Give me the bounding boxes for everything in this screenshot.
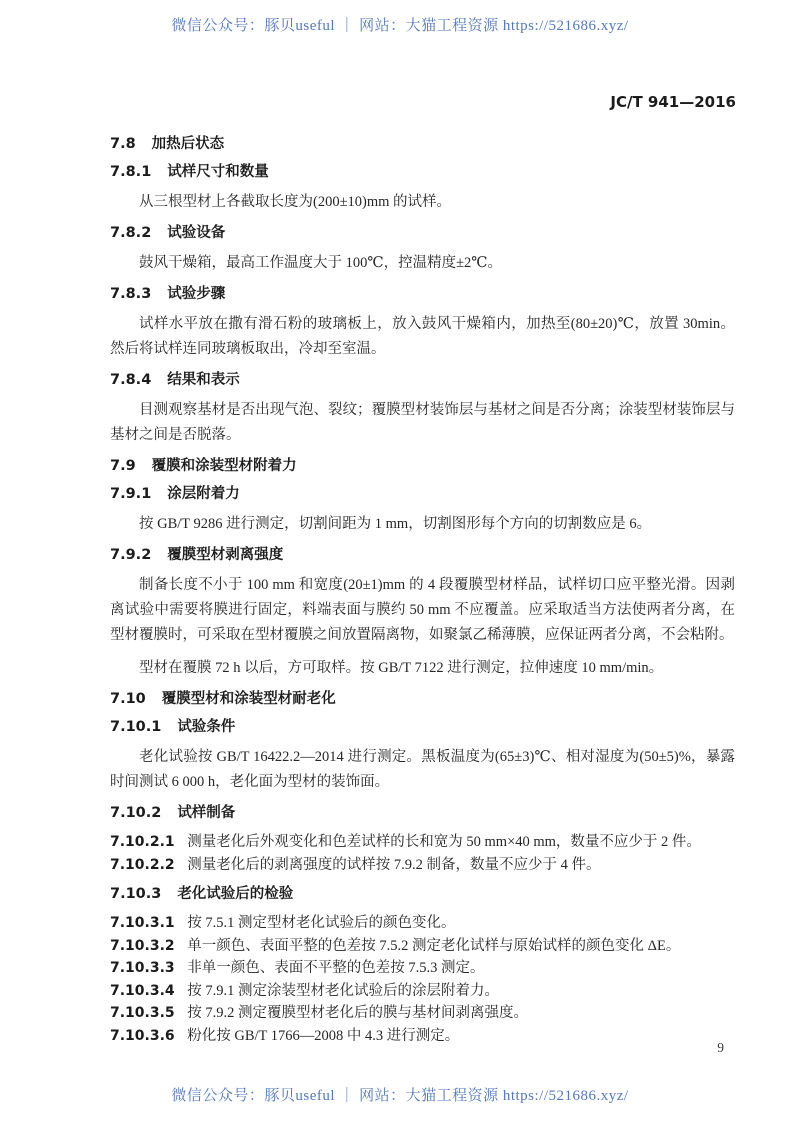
clause-number: 7.10.2.1 <box>110 834 175 850</box>
block-text: 粉化按 GB/T 1766—2008 中 4.3 进行测定。 <box>187 1028 459 1044</box>
clause-number: 7.8.3 <box>110 286 151 302</box>
paragraph-text: 型材在覆膜 72 h 以后，方可取样。按 GB/T 7122 进行测定，拉伸速度… <box>139 660 663 676</box>
clause-number: 7.8.4 <box>110 372 151 388</box>
clause-7-10-3-1: 7.10.3.1按 7.5.1 测定型材老化试验后的颜色变化。 <box>110 912 735 935</box>
block-text: 结果和表示 <box>167 372 240 388</box>
standard-code: JC/T 941—2016 <box>610 93 736 111</box>
paragraph-text: 制备长度不小于 100 mm 和宽度(20±1)mm 的 4 段覆膜型材样品，试… <box>110 577 735 643</box>
header-watermark: 微信公众号：豚贝useful ｜ 网站：大猫工程资源 https://52168… <box>0 14 800 35</box>
clause-number: 7.10.3.3 <box>110 960 175 976</box>
paragraph-text: 目测观察基材是否出现气泡、裂纹；覆膜型材装饰层与基材之间是否分离；涂装型材装饰层… <box>110 402 735 443</box>
heading-7-8-1: 7.8.1试样尺寸和数量 <box>110 162 735 182</box>
block-text: 非单一颜色、表面不平整的色差按 7.5.3 测定。 <box>187 960 484 976</box>
clause-number: 7.10.3.6 <box>110 1028 175 1044</box>
clause-number: 7.8.1 <box>110 164 151 180</box>
clause-number: 7.9 <box>110 458 136 474</box>
clause-7-10-3-2: 7.10.3.2单一颜色、表面平整的色差按 7.5.2 测定老化试样与原始试样的… <box>110 935 735 958</box>
document-page: 微信公众号：豚贝useful ｜ 网站：大猫工程资源 https://52168… <box>0 0 800 1131</box>
paragraph: 老化试验按 GB/T 16422.2—2014 进行测定。黑板温度为(65±3)… <box>110 745 735 795</box>
clause-number: 7.10.1 <box>110 719 161 735</box>
paragraph-text: 按 GB/T 9286 进行测定，切割间距为 1 mm，切割图形每个方向的切割数… <box>139 516 651 532</box>
heading-7-8-2: 7.8.2试验设备 <box>110 223 735 243</box>
block-text: 老化试验后的检验 <box>177 886 293 902</box>
paragraph: 型材在覆膜 72 h 以后，方可取样。按 GB/T 7122 进行测定，拉伸速度… <box>110 656 735 681</box>
footer-watermark: 微信公众号：豚贝useful ｜ 网站：大猫工程资源 https://52168… <box>0 1084 800 1105</box>
heading-7-9-2: 7.9.2覆膜型材剥离强度 <box>110 545 735 565</box>
clause-number: 7.10.3 <box>110 886 161 902</box>
heading-7-8: 7.8加热后状态 <box>110 134 735 154</box>
document-body: 7.8加热后状态7.8.1试样尺寸和数量从三根型材上各截取长度为(200±10)… <box>110 126 735 1047</box>
clause-number: 7.10.3.1 <box>110 915 175 931</box>
block-text: 试验设备 <box>167 225 225 241</box>
block-text: 涂层附着力 <box>167 486 240 502</box>
clause-7-10-2-2: 7.10.2.2测量老化后的剥离强度的试样按 7.9.2 制备，数量不应少于 4… <box>110 854 735 877</box>
block-text: 按 7.9.2 测定覆膜型材老化后的膜与基材间剥离强度。 <box>187 1005 528 1021</box>
clause-7-10-3-5: 7.10.3.5按 7.9.2 测定覆膜型材老化后的膜与基材间剥离强度。 <box>110 1002 735 1025</box>
heading-7-10-1: 7.10.1试验条件 <box>110 717 735 737</box>
paragraph-text: 老化试验按 GB/T 16422.2—2014 进行测定。黑板温度为(65±3)… <box>110 749 735 790</box>
block-text: 试验条件 <box>177 719 235 735</box>
heading-7-8-3: 7.8.3试验步骤 <box>110 284 735 304</box>
paragraph-text: 从三根型材上各截取长度为(200±10)mm 的试样。 <box>139 194 451 210</box>
clause-number: 7.10.3.5 <box>110 1005 175 1021</box>
block-text: 覆膜型材剥离强度 <box>167 547 283 563</box>
heading-7-8-4: 7.8.4结果和表示 <box>110 370 735 390</box>
paragraph: 从三根型材上各截取长度为(200±10)mm 的试样。 <box>110 190 735 215</box>
block-text: 单一颜色、表面平整的色差按 7.5.2 测定老化试样与原始试样的颜色变化 ΔE。 <box>187 938 680 954</box>
paragraph-text: 鼓风干燥箱，最高工作温度大于 100℃，控温精度±2℃。 <box>139 255 502 271</box>
block-text: 试样制备 <box>177 805 235 821</box>
block-text: 加热后状态 <box>152 136 225 152</box>
clause-7-10-3-4: 7.10.3.4按 7.9.1 测定涂装型材老化试验后的涂层附着力。 <box>110 980 735 1003</box>
clause-number: 7.10.2.2 <box>110 857 175 873</box>
block-text: 测量老化后的剥离强度的试样按 7.9.2 制备，数量不应少于 4 件。 <box>187 857 600 873</box>
block-text: 覆膜和涂装型材附着力 <box>152 458 297 474</box>
clause-7-10-2-1: 7.10.2.1测量老化后外观变化和色差试样的长和宽为 50 mm×40 mm，… <box>110 831 735 854</box>
paragraph-text: 试样水平放在撒有滑石粉的玻璃板上，放入鼓风干燥箱内，加热至(80±20)℃，放置… <box>110 316 735 357</box>
paragraph: 目测观察基材是否出现气泡、裂纹；覆膜型材装饰层与基材之间是否分离；涂装型材装饰层… <box>110 398 735 448</box>
clause-number: 7.8.2 <box>110 225 151 241</box>
block-text: 测量老化后外观变化和色差试样的长和宽为 50 mm×40 mm，数量不应少于 2… <box>187 834 701 850</box>
paragraph: 试样水平放在撒有滑石粉的玻璃板上，放入鼓风干燥箱内，加热至(80±20)℃，放置… <box>110 312 735 362</box>
clause-number: 7.10.3.4 <box>110 983 175 999</box>
heading-7-9: 7.9覆膜和涂装型材附着力 <box>110 456 735 476</box>
paragraph: 按 GB/T 9286 进行测定，切割间距为 1 mm，切割图形每个方向的切割数… <box>110 512 735 537</box>
clause-number: 7.10 <box>110 691 146 707</box>
paragraph: 鼓风干燥箱，最高工作温度大于 100℃，控温精度±2℃。 <box>110 251 735 276</box>
clause-number: 7.9.1 <box>110 486 151 502</box>
block-text: 按 7.5.1 测定型材老化试验后的颜色变化。 <box>187 915 455 931</box>
block-text: 试样尺寸和数量 <box>167 164 269 180</box>
heading-7-9-1: 7.9.1涂层附着力 <box>110 484 735 504</box>
paragraph: 制备长度不小于 100 mm 和宽度(20±1)mm 的 4 段覆膜型材样品，试… <box>110 573 735 648</box>
page-number: 9 <box>717 1040 724 1056</box>
heading-7-10-3: 7.10.3老化试验后的检验 <box>110 884 735 904</box>
heading-7-10: 7.10覆膜型材和涂装型材耐老化 <box>110 689 735 709</box>
clause-number: 7.8 <box>110 136 136 152</box>
clause-7-10-3-3: 7.10.3.3非单一颜色、表面不平整的色差按 7.5.3 测定。 <box>110 957 735 980</box>
block-text: 试验步骤 <box>167 286 225 302</box>
block-text: 覆膜型材和涂装型材耐老化 <box>162 691 336 707</box>
clause-number: 7.10.2 <box>110 805 161 821</box>
clause-number: 7.9.2 <box>110 547 151 563</box>
clause-number: 7.10.3.2 <box>110 938 175 954</box>
clause-7-10-3-6: 7.10.3.6粉化按 GB/T 1766—2008 中 4.3 进行测定。 <box>110 1025 735 1048</box>
block-text: 按 7.9.1 测定涂装型材老化试验后的涂层附着力。 <box>187 983 499 999</box>
heading-7-10-2: 7.10.2试样制备 <box>110 803 735 823</box>
